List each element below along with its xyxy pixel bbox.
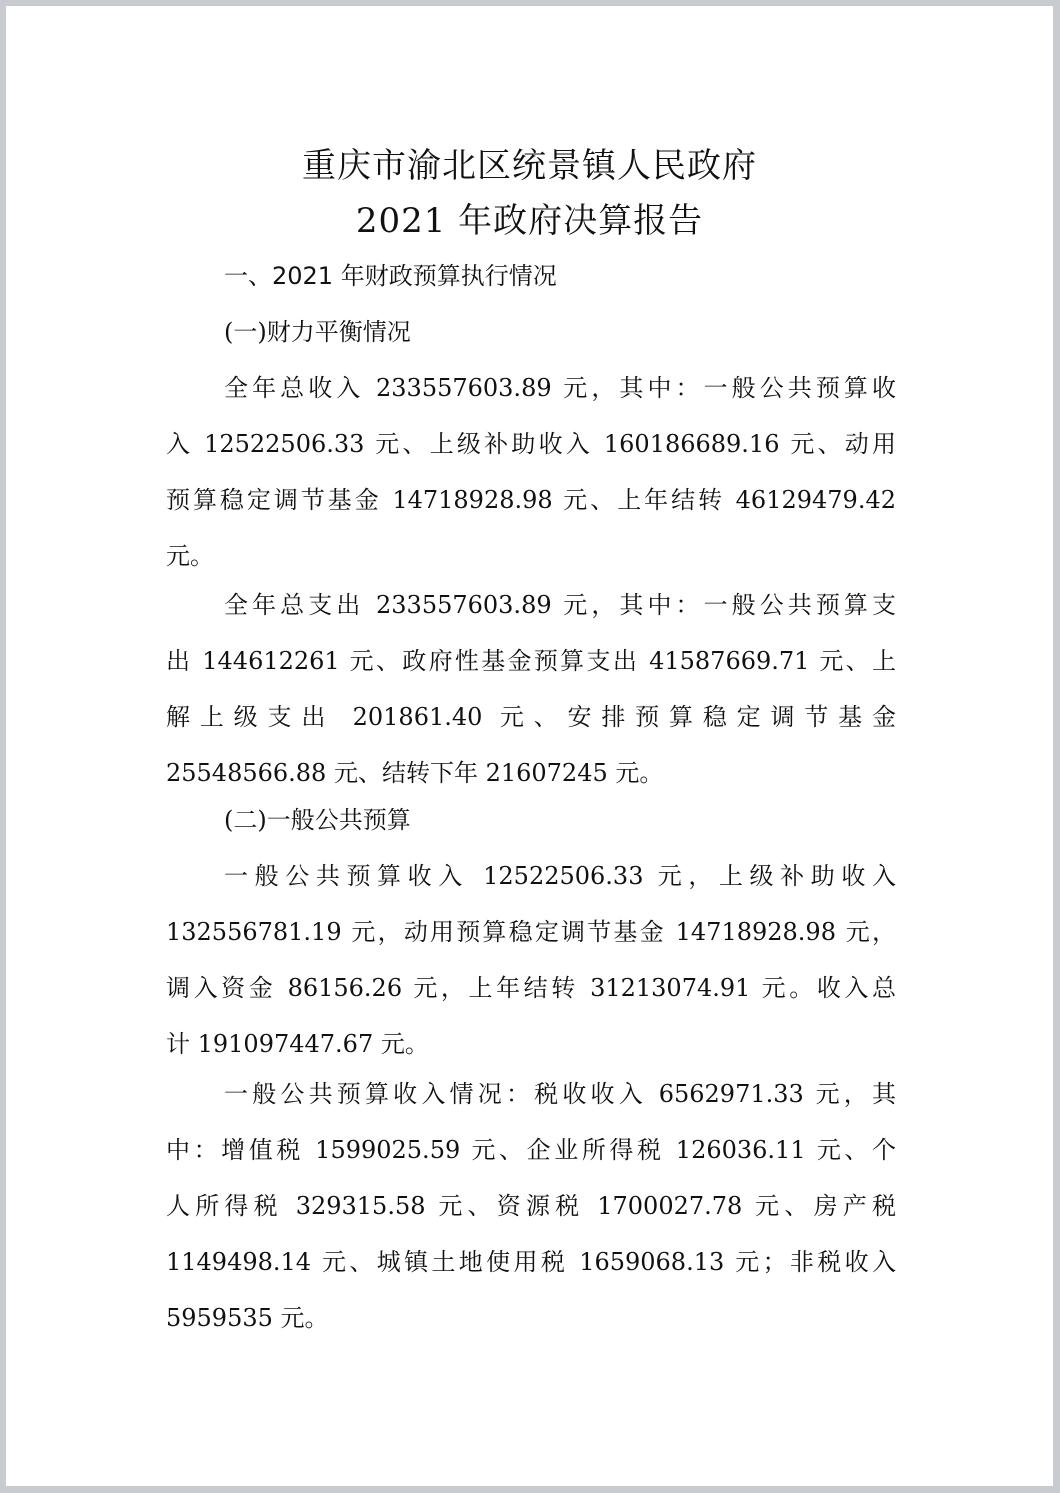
document-title-line1: 重庆市渝北区统景镇人民政府 (6, 146, 1053, 186)
text-line: 人所得税 329315.58 元、资源税 1700027.78 元、房产税 (166, 1178, 896, 1234)
section-heading-budget-execution: 一、2021 年财政预算执行情况 (224, 258, 557, 294)
text-line: 5959535 元。 (166, 1290, 896, 1346)
text-line: 25548566.88 元、结转下年 21607245 元。 (166, 745, 896, 801)
subsection-heading-general-budget: (二)一般公共预算 (224, 802, 411, 838)
text-line: 1149498.14 元、城镇土地使用税 1659068.13 元；非税收入 (166, 1234, 896, 1290)
text-line: 出 144612261 元、政府性基金预算支出 41587669.71 元、上 (166, 633, 896, 689)
text-line: 132556781.19 元，动用预算稳定调节基金 14718928.98 元， (166, 904, 896, 960)
text-line: 预算稳定调节基金 14718928.98 元、上年结转 46129479.42 (166, 472, 896, 528)
text-line: 一般公共预算收入情况：税收收入 6562971.33 元，其 (166, 1066, 896, 1122)
text-line: 入 12522506.33 元、上级补助收入 160186689.16 元、动用 (166, 416, 896, 472)
document-page: 重庆市渝北区统景镇人民政府 2021 年政府决算报告 一、2021 年财政预算执… (6, 6, 1053, 1486)
text-line: 解上级支出 201861.40 元、安排预算稳定调节基金 (166, 689, 896, 745)
document-title-line2: 2021 年政府决算报告 (6, 201, 1053, 241)
text-line: 一般公共预算收入 12522506.33 元，上级补助收入 (166, 848, 896, 904)
paragraph-total-income: 全年总收入 233557603.89 元，其中：一般公共预算收 入 125225… (166, 360, 896, 584)
paragraph-total-expense: 全年总支出 233557603.89 元，其中：一般公共预算支 出 144612… (166, 577, 896, 801)
paragraph-revenue-detail: 一般公共预算收入情况：税收收入 6562971.33 元，其 中：增值税 159… (166, 1066, 896, 1346)
text-line: 中：增值税 1599025.59 元、企业所得税 126036.11 元、个 (166, 1122, 896, 1178)
text-line: 元。 (166, 528, 896, 584)
text-line: 计 191097447.67 元。 (166, 1016, 896, 1072)
subsection-heading-fiscal-balance: (一)财力平衡情况 (224, 314, 411, 350)
text-line: 全年总收入 233557603.89 元，其中：一般公共预算收 (166, 360, 896, 416)
paragraph-general-budget-income: 一般公共预算收入 12522506.33 元，上级补助收入 132556781.… (166, 848, 896, 1072)
text-line: 全年总支出 233557603.89 元，其中：一般公共预算支 (166, 577, 896, 633)
text-line: 调入资金 86156.26 元，上年结转 31213074.91 元。收入总 (166, 960, 896, 1016)
